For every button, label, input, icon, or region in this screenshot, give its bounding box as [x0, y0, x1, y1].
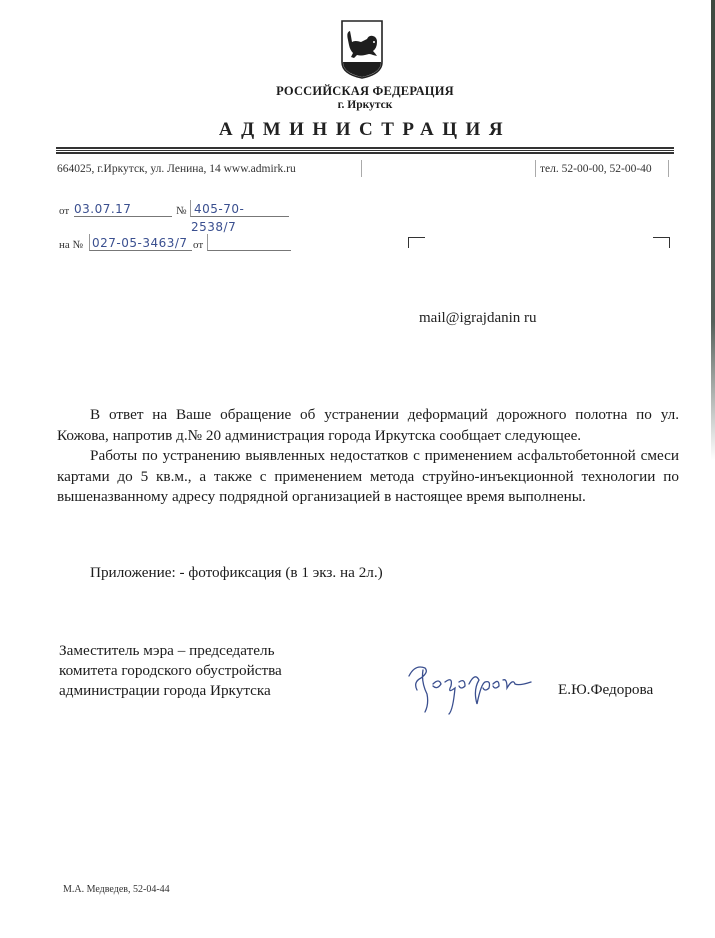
- attachment-note: Приложение: - фотофиксация (в 1 экз. на …: [90, 564, 383, 582]
- letterhead-organization: АДМИНИСТРАЦИЯ: [0, 119, 715, 141]
- letterhead-city: г. Иркутск: [0, 99, 715, 111]
- body-paragraph: Работы по устранению выявленных недостат…: [57, 446, 679, 508]
- signatory-title-line: комитета городского обустройства: [59, 661, 282, 681]
- letterhead-phone: тел. 52-00-00, 52-00-40: [540, 163, 652, 175]
- divider: [361, 160, 362, 177]
- reply-to-label: на №: [59, 239, 83, 251]
- letterhead-country: РОССИЙСКАЯ ФЕДЕРАЦИЯ: [0, 84, 715, 99]
- from-date-field: 03.07.17: [74, 200, 172, 217]
- recipient-email: mail@igrajdanin ru: [419, 310, 537, 327]
- divider: [535, 160, 536, 177]
- reply-to-number-field: 027-05-3463/7: [89, 234, 192, 251]
- handwritten-signature-icon: [403, 660, 533, 720]
- signatory-title-line: администрации города Иркутска: [59, 681, 282, 701]
- from-date-label: от: [59, 205, 69, 217]
- reply-to-number-value: 027-05-3463/7: [90, 236, 188, 250]
- number-label: №: [176, 205, 187, 217]
- from-date-value: 03.07.17: [74, 202, 131, 216]
- reply-to-date-label: от: [193, 239, 203, 251]
- address-corner-left: [408, 237, 425, 248]
- reply-to-date-field: [207, 234, 291, 251]
- signatory-title-line: Заместитель мэра – председатель: [59, 641, 282, 661]
- divider: [668, 160, 669, 177]
- letterhead-address: 664025, г.Иркутск, ул. Ленина, 14 www.ad…: [57, 163, 296, 175]
- number-value: 405-70-2538/7: [191, 202, 244, 234]
- address-corner-right: [653, 237, 670, 248]
- scan-edge: [711, 0, 715, 460]
- signatory-name: Е.Ю.Федорова: [558, 681, 653, 699]
- executor-contact: М.А. Медведев, 52-04-44: [63, 884, 170, 895]
- body-paragraph: В ответ на Ваше обращение об устранении …: [57, 405, 679, 446]
- number-field: 405-70-2538/7: [190, 200, 289, 217]
- signatory-title: Заместитель мэра – председатель комитета…: [59, 641, 282, 701]
- letter-body: В ответ на Ваше обращение об устранении …: [57, 405, 679, 508]
- irkutsk-coat-of-arms-icon: [339, 18, 385, 80]
- letterhead-rule: [56, 147, 674, 153]
